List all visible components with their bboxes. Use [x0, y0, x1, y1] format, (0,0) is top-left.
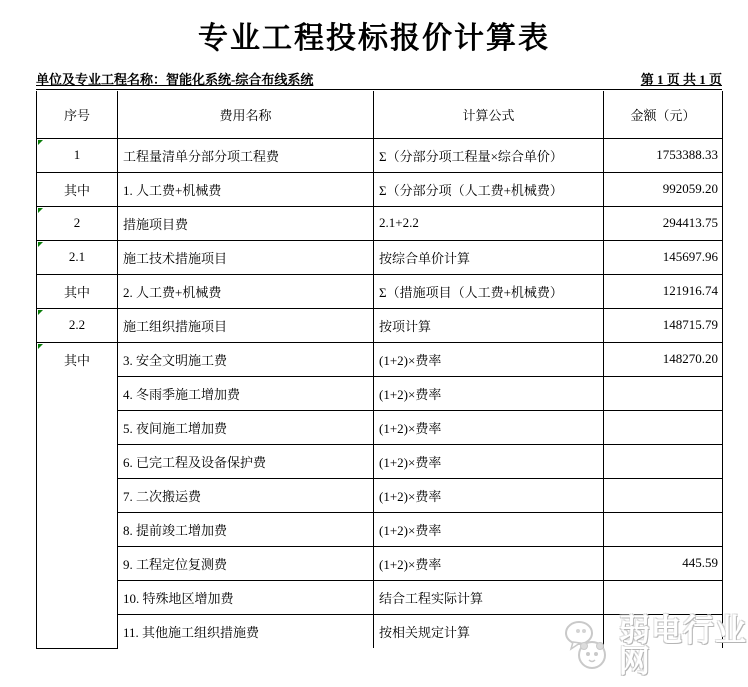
cell-formula: Σ（分部分项工程量×综合单价） [374, 138, 604, 172]
cell-formula: 按项计算 [374, 308, 604, 342]
cell-formula: Σ（措施项目（人工费+机械费） [374, 274, 604, 308]
cell-formula: 按综合单价计算 [374, 240, 604, 274]
cell-error-marker-icon [38, 344, 43, 349]
table-row: 其中2. 人工费+机械费Σ（措施项目（人工费+机械费）121916.74 [37, 274, 723, 308]
seq-text: 其中 [37, 343, 117, 378]
seq-text: 其中 [64, 183, 90, 198]
cell-formula: (1+2)×费率 [374, 512, 604, 546]
cell-amount: 145697.96 [604, 240, 723, 274]
cell-fee-name: 措施项目费 [118, 206, 374, 240]
cell-amount: 1753388.33 [604, 138, 723, 172]
cell-fee-name: 4. 冬雨季施工增加费 [118, 376, 374, 410]
cell-formula: Σ（分部分项（人工费+机械费） [374, 172, 604, 206]
cell-fee-name: 7. 二次搬运费 [118, 478, 374, 512]
col-header-amount: 金额（元） [604, 91, 723, 138]
cell-amount: 148270.20 [604, 342, 723, 376]
cell-amount: 992059.20 [604, 172, 723, 206]
cell-fee-name: 6. 已完工程及设备保护费 [118, 444, 374, 478]
cell-seq: 其中 [37, 342, 118, 648]
cell-amount: 148715.79 [604, 308, 723, 342]
col-header-seq: 序号 [37, 91, 118, 138]
page: 专业工程投标报价计算表 单位及专业工程名称：智能化系统-综合布线系统 第 1 页… [0, 0, 748, 687]
table-row: 8. 提前竣工增加费(1+2)×费率 [37, 512, 723, 546]
cell-fee-name: 2. 人工费+机械费 [118, 274, 374, 308]
watermark-text: 弱电行业网 [619, 615, 748, 677]
cell-error-marker-icon [38, 140, 43, 145]
cell-amount: 445.59 [604, 546, 723, 580]
cell-seq: 2.2 [37, 308, 118, 342]
fee-table: 序号 费用名称 计算公式 金额（元） 1工程量清单分部分项工程费Σ（分部分项工程… [36, 91, 723, 649]
seq-text: 其中 [64, 285, 90, 300]
cell-fee-name: 施工技术措施项目 [118, 240, 374, 274]
cell-fee-name: 10. 特殊地区增加费 [118, 580, 374, 614]
cell-amount [604, 444, 723, 478]
table-row: 2.1施工技术措施项目按综合单价计算145697.96 [37, 240, 723, 274]
cell-error-marker-icon [38, 242, 43, 247]
cell-formula: (1+2)×费率 [374, 478, 604, 512]
cell-amount [604, 410, 723, 444]
table-row: 4. 冬雨季施工增加费(1+2)×费率 [37, 376, 723, 410]
cell-error-marker-icon [38, 310, 43, 315]
cell-fee-name: 5. 夜间施工增加费 [118, 410, 374, 444]
cell-fee-name: 1. 人工费+机械费 [118, 172, 374, 206]
table-row: 5. 夜间施工增加费(1+2)×费率 [37, 410, 723, 444]
table-row: 10. 特殊地区增加费结合工程实际计算 [37, 580, 723, 614]
cell-fee-name: 3. 安全文明施工费 [118, 342, 374, 376]
table-row: 其中1. 人工费+机械费Σ（分部分项（人工费+机械费）992059.20 [37, 172, 723, 206]
cell-formula: (1+2)×费率 [374, 546, 604, 580]
table-row: 2措施项目费2.1+2.2294413.75 [37, 206, 723, 240]
project-name-label: 单位及专业工程名称：智能化系统-综合布线系统 [36, 69, 313, 89]
table-row: 9. 工程定位复测费(1+2)×费率445.59 [37, 546, 723, 580]
cell-seq: 其中 [37, 172, 118, 206]
cell-fee-name: 8. 提前竣工增加费 [118, 512, 374, 546]
cell-fee-name: 施工组织措施项目 [118, 308, 374, 342]
cell-amount [604, 580, 723, 614]
page-title: 专业工程投标报价计算表 [0, 13, 748, 57]
table-row: 1工程量清单分部分项工程费Σ（分部分项工程量×综合单价）1753388.33 [37, 138, 723, 172]
cell-seq: 1 [37, 138, 118, 172]
cell-amount: 121916.74 [604, 274, 723, 308]
seq-text: 2.2 [69, 317, 85, 332]
seq-text: 2.1 [69, 249, 85, 264]
cell-fee-name: 11. 其他施工组织措施费 [118, 614, 374, 648]
cell-seq: 2 [37, 206, 118, 240]
fee-table-body: 1工程量清单分部分项工程费Σ（分部分项工程量×综合单价）1753388.33其中… [37, 138, 723, 648]
cell-formula: 结合工程实际计算 [374, 580, 604, 614]
seq-text: 2 [74, 215, 81, 230]
cell-error-marker-icon [38, 208, 43, 213]
cell-fee-name: 9. 工程定位复测费 [118, 546, 374, 580]
cell-formula: 2.1+2.2 [374, 206, 604, 240]
seq-text: 1 [74, 147, 81, 162]
cell-fee-name: 工程量清单分部分项工程费 [118, 138, 374, 172]
cell-formula: (1+2)×费率 [374, 342, 604, 376]
watermark-logo-icon [563, 620, 615, 672]
cell-amount [604, 376, 723, 410]
cell-formula: (1+2)×费率 [374, 410, 604, 444]
page-number-label: 第 1 页 共 1 页 [641, 69, 722, 89]
cell-formula: (1+2)×费率 [374, 376, 604, 410]
table-row: 6. 已完工程及设备保护费(1+2)×费率 [37, 444, 723, 478]
header-row: 序号 费用名称 计算公式 金额（元） [37, 91, 723, 138]
col-header-formula: 计算公式 [374, 91, 604, 138]
cell-seq: 2.1 [37, 240, 118, 274]
meta-bar: 单位及专业工程名称：智能化系统-综合布线系统 第 1 页 共 1 页 [36, 66, 722, 90]
cell-amount: 294413.75 [604, 206, 723, 240]
cell-amount [604, 512, 723, 546]
table-row: 2.2施工组织措施项目按项计算148715.79 [37, 308, 723, 342]
cell-formula: (1+2)×费率 [374, 444, 604, 478]
cell-seq: 其中 [37, 274, 118, 308]
col-header-name: 费用名称 [118, 91, 374, 138]
table-row: 其中3. 安全文明施工费(1+2)×费率148270.20 [37, 342, 723, 376]
table-row: 7. 二次搬运费(1+2)×费率 [37, 478, 723, 512]
fee-table-header: 序号 费用名称 计算公式 金额（元） [37, 91, 723, 138]
cell-amount [604, 478, 723, 512]
watermark: 弱电行业网 [563, 615, 748, 677]
